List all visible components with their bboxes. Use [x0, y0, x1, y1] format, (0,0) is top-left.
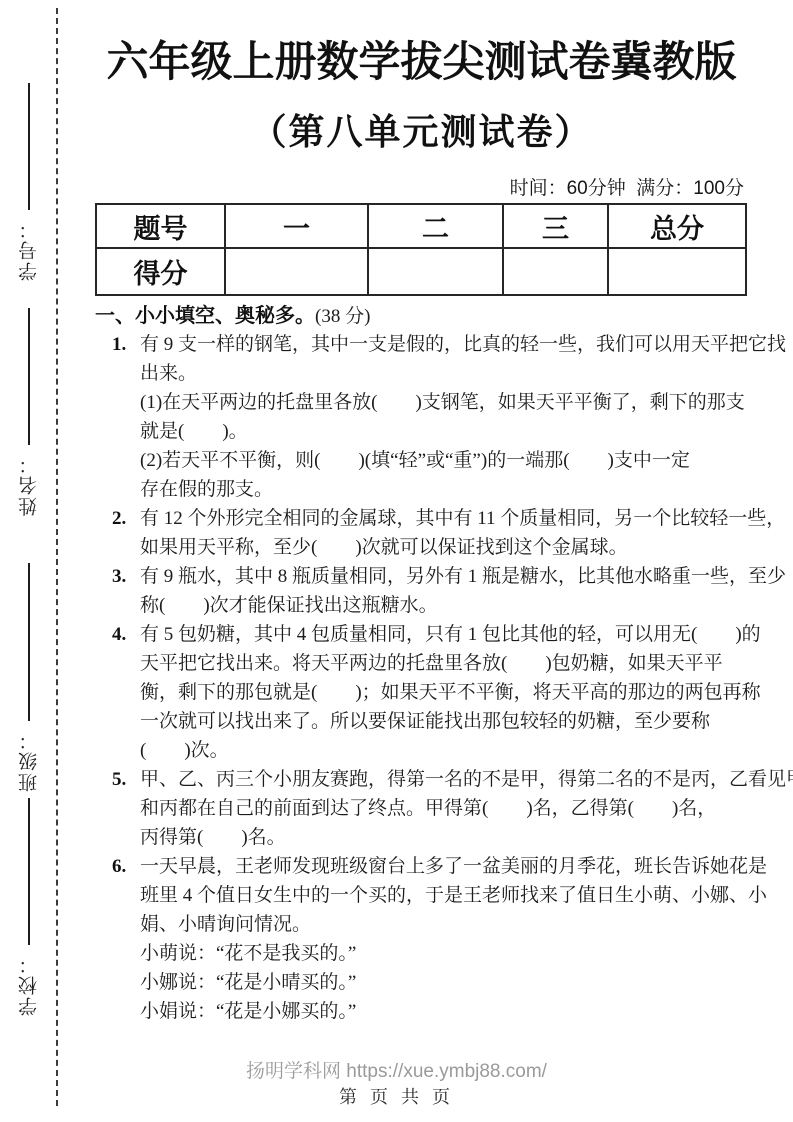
school-blank-line [28, 798, 30, 945]
score-cell-part1 [225, 248, 368, 295]
section-one-heading: 一、小小填空、奥秘多。(38 分) [95, 303, 748, 330]
school-field: 学校： [12, 798, 46, 1016]
student-id-field: 学号： [12, 83, 46, 281]
question-4-number: 4. [112, 620, 126, 649]
question-line: 甲、乙、丙三个小朋友赛跑，得第一名的不是甲，得第二名的不是丙，乙看见甲 [140, 765, 748, 794]
section-one-score: (38 分) [315, 306, 370, 327]
question-line: 出来。 [140, 359, 748, 388]
class-field: 班级： [12, 563, 46, 792]
question-line: 天平把它找出来。将天平两边的托盘里各放( )包奶糖，如果天平平 [140, 649, 748, 678]
name-field: 姓名： [12, 308, 46, 516]
question-line: 有 12 个外形完全相同的金属球，其中有 11 个质量相同，另一个比较轻一些， [140, 504, 748, 533]
question-2: 2. 有 12 个外形完全相同的金属球，其中有 11 个质量相同，另一个比较轻一… [95, 504, 748, 562]
page-subtitle: （第八单元测试卷） [95, 110, 748, 154]
content-column: 六年级上册数学拔尖测试卷冀教版 （第八单元测试卷） 时间：60分钟 满分：100… [95, 0, 748, 1026]
question-line: 小娟说：“花是小娜买的。” [140, 997, 748, 1026]
question-line: 一次就可以找出来了。所以要保证能找出那包较轻的奶糖，至少要称 [140, 707, 748, 736]
question-6: 6. 一天早晨，王老师发现班级窗台上多了一盆美丽的月季花，班长告诉她花是 班里 … [95, 852, 748, 1026]
school-label: 学校： [16, 953, 43, 1016]
page-title: 六年级上册数学拔尖测试卷冀教版 [95, 36, 748, 88]
watermark-site-link: 扬明学科网 https://xue.ymbj88.com/ [0, 1060, 793, 1084]
question-line: 一天早晨，王老师发现班级窗台上多了一盆美丽的月季花，班长告诉她花是 [140, 852, 748, 881]
question-line: 小娜说：“花是小晴买的。” [140, 968, 748, 997]
question-line: 有 9 瓶水，其中 8 瓶质量相同，另外有 1 瓶是糖水，比其他水略重一些，至少 [140, 562, 748, 591]
student-id-label: 学号： [16, 218, 43, 281]
question-line: (1)在天平两边的托盘里各放( )支钢笔，如果天平平衡了，剩下的那支 [140, 388, 748, 417]
class-label: 班级： [16, 729, 43, 792]
question-5-number: 5. [112, 765, 126, 794]
score-table-header-part2: 二 [368, 204, 503, 248]
score-cell-part2 [368, 248, 503, 295]
score-table: 题号 一 二 三 总分 得分 [95, 203, 747, 296]
score-table-header-row: 题号 一 二 三 总分 [96, 204, 746, 248]
student-id-blank-line [28, 83, 30, 210]
question-line: 小萌说：“花不是我买的。” [140, 939, 748, 968]
score-row-label: 得分 [96, 248, 225, 295]
score-table-header-question-no: 题号 [96, 204, 225, 248]
score-table-header-total: 总分 [608, 204, 746, 248]
score-cell-part3 [503, 248, 608, 295]
page-footer: 扬明学科网 https://xue.ymbj88.com/ 第 页 共 页 [0, 1060, 793, 1108]
question-2-number: 2. [112, 504, 126, 533]
score-table-header-part3: 三 [503, 204, 608, 248]
question-line: (2)若天平不平衡，则( )(填“轻”或“重”)的一端那( )支中一定 [140, 446, 748, 475]
question-line: 班里 4 个值日女生中的一个买的，于是王老师找来了值日生小萌、小娜、小 [140, 881, 748, 910]
name-blank-line [28, 308, 30, 445]
question-3-number: 3. [112, 562, 126, 591]
question-6-number: 6. [112, 852, 126, 881]
question-line: 有 5 包奶糖，其中 4 包质量相同，只有 1 包比其他的轻，可以用无( )的 [140, 620, 748, 649]
question-line: 就是( )。 [140, 417, 748, 446]
question-line: 如果用天平称，至少( )次就可以保证找到这个金属球。 [140, 533, 748, 562]
name-label: 姓名： [16, 453, 43, 516]
question-line: 娟、小晴询问情况。 [140, 910, 748, 939]
question-line: 称( )次才能保证找出这瓶糖水。 [140, 591, 748, 620]
question-1-number: 1. [112, 330, 126, 359]
class-blank-line [28, 563, 30, 721]
question-3: 3. 有 9 瓶水，其中 8 瓶质量相同，另外有 1 瓶是糖水，比其他水略重一些… [95, 562, 748, 620]
question-line: 和丙都在自己的前面到达了终点。甲得第( )名，乙得第( )名， [140, 794, 748, 823]
page-number-line: 第 页 共 页 [0, 1086, 793, 1108]
question-line: ( )次。 [140, 736, 748, 765]
question-line: 存在假的那支。 [140, 475, 748, 504]
question-5: 5. 甲、乙、丙三个小朋友赛跑，得第一名的不是甲，得第二名的不是丙，乙看见甲 和… [95, 765, 748, 852]
score-cell-total [608, 248, 746, 295]
section-one-title: 一、小小填空、奥秘多。 [95, 305, 315, 327]
question-4: 4. 有 5 包奶糖，其中 4 包质量相同，只有 1 包比其他的轻，可以用无( … [95, 620, 748, 765]
question-line: 衡，剩下的那包就是( )；如果天平不平衡，将天平高的那边的两包再称 [140, 678, 748, 707]
question-line: 有 9 支一样的钢笔，其中一支是假的，比真的轻一些，我们可以用天平把它找 [140, 330, 748, 359]
score-table-header-part1: 一 [225, 204, 368, 248]
exam-time-score-info: 时间：60分钟 满分：100分 [95, 178, 748, 200]
question-1: 1. 有 9 支一样的钢笔，其中一支是假的，比真的轻一些，我们可以用天平把它找 … [95, 330, 748, 504]
exam-paper-page: 学号： 姓名： 班级： 学校： 六年级上册数学拔尖测试卷冀教版 （第八单元测试卷… [0, 0, 793, 1122]
seal-dashed-line [56, 8, 58, 1106]
question-line: 丙得第( )名。 [140, 823, 748, 852]
score-table-score-row: 得分 [96, 248, 746, 295]
